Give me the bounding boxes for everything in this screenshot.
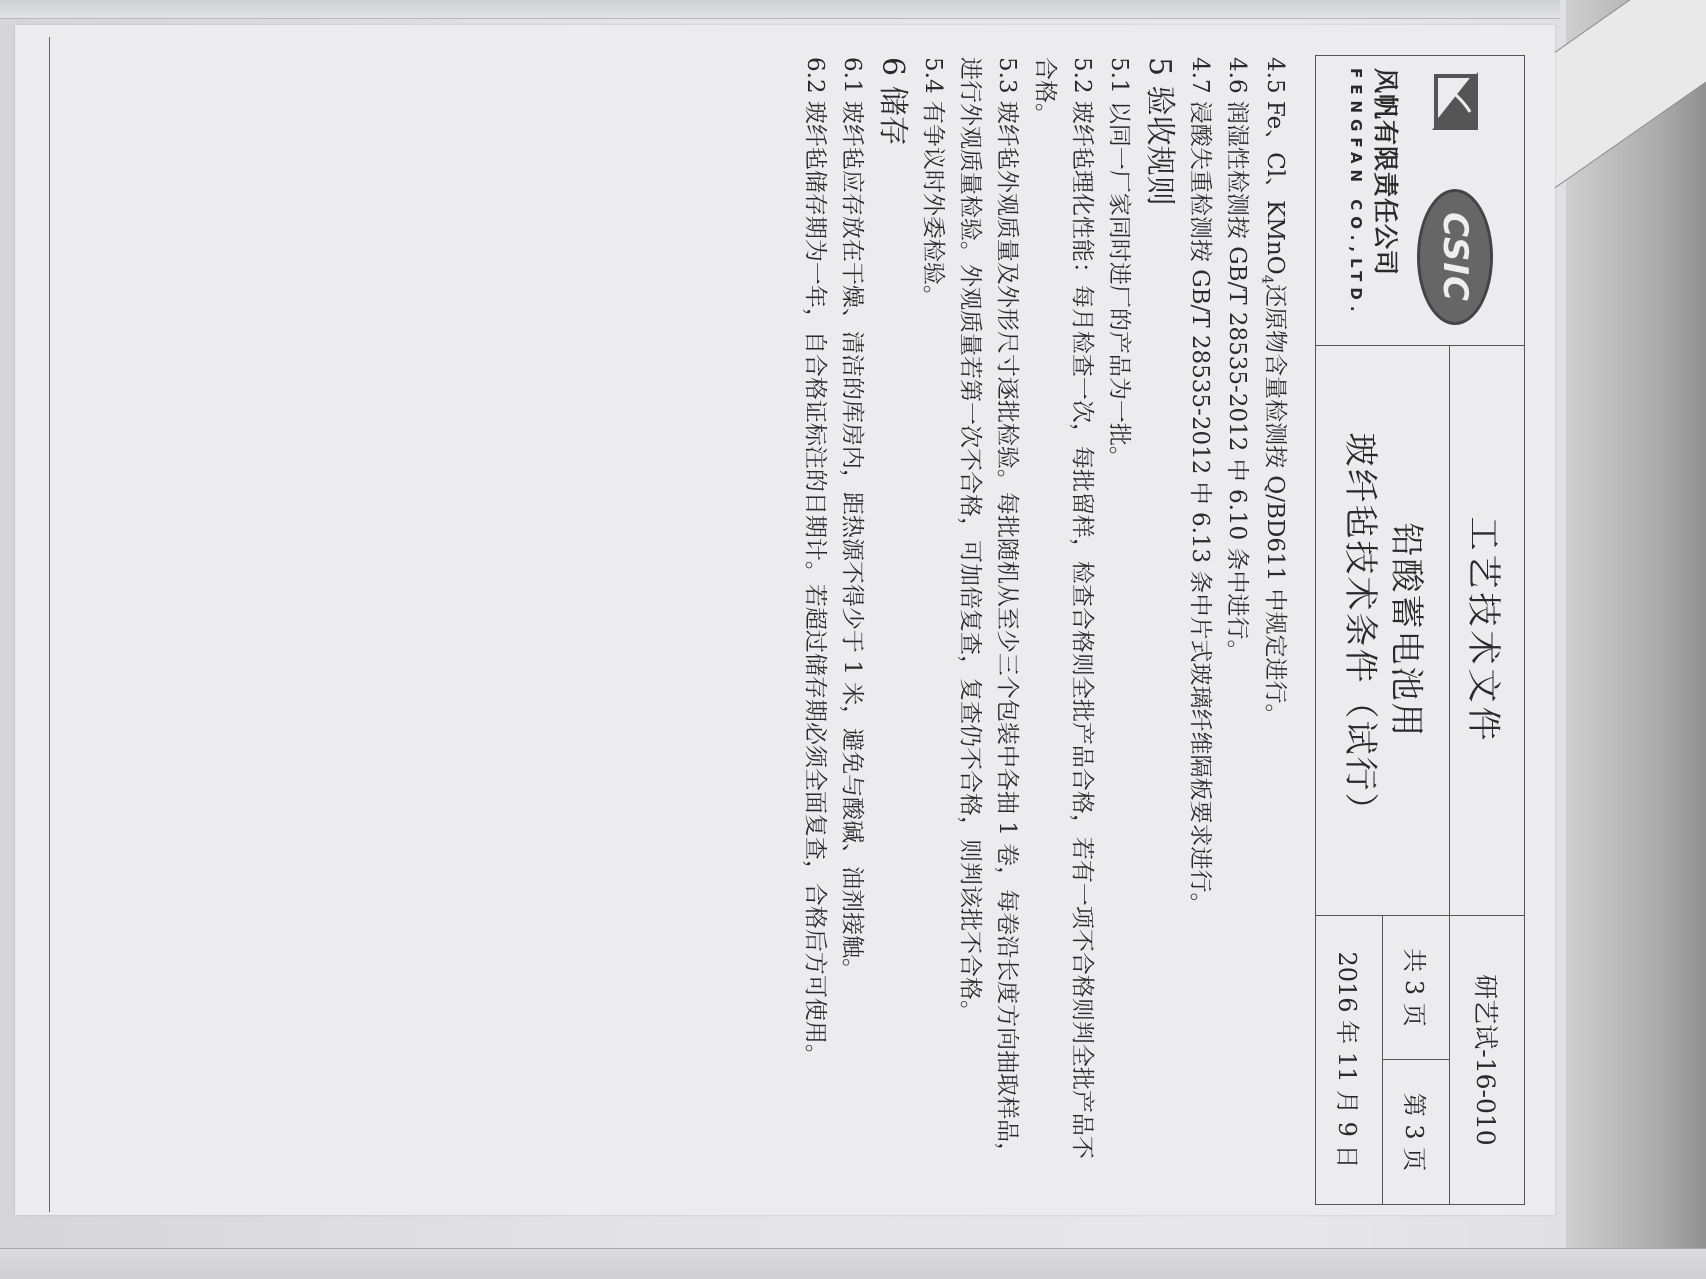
logo-row: CSIC [1417, 66, 1493, 335]
company-logo-cell: CSIC 风帆有限责任公司 FENGFAN CO.,LTD. [1316, 56, 1524, 346]
clause-5-4: 5.4 有争议时外委检验。 [914, 57, 951, 1177]
company-name-cn: 风帆有限责任公司 [1369, 64, 1405, 337]
title-line-2: 玻纤毡技术条件（试行） [1337, 433, 1383, 829]
document-body: 4.5 Fe、Cl、KMnO4还原物含量检测按 Q/BD611 中规定进行。 4… [796, 57, 1293, 1177]
header-table: CSIC 风帆有限责任公司 FENGFAN CO.,LTD. 工艺技术文件 研艺… [1315, 55, 1525, 1205]
page-number: 第 3 页 [1383, 1060, 1450, 1204]
underlying-paper [1566, 0, 1706, 1279]
total-pages: 共 3 页 [1383, 916, 1450, 1060]
page-border-line [49, 37, 50, 1212]
clause-5-1: 5.1 以同一厂家同时进厂的产品为一批。 [1100, 57, 1137, 1177]
page-top-edge [0, 0, 1560, 19]
clause-5-3: 5.3 玻纤毡外观质量及外形尺寸逐批检验。每批随机从至少三个包装中各抽 1 卷，… [951, 57, 1026, 1177]
clause-5-2: 5.2 玻纤毡理化性能：每月检查一次，每批留样，检查合格则全批产品合格，若有一项… [1025, 57, 1100, 1177]
issue-date: 2016 年 11 月 9 日 [1316, 916, 1383, 1204]
csic-logo-icon: CSIC [1417, 189, 1493, 325]
clause-6-1: 6.1 玻纤毡应存放在干燥、清洁的库房内，距热源不得少于 1 米，避免与酸碱、油… [833, 57, 870, 1177]
section-5-heading: 5 验收规则 [1137, 57, 1181, 1177]
fengfan-sail-icon [1425, 66, 1485, 136]
page-meta: 共 3 页 第 3 页 2016 年 11 月 9 日 [1316, 916, 1449, 1204]
clause-6-2: 6.2 玻纤毡储存期为一年，自合格证标注的日期计。若超过储存期必须全面复查，合格… [796, 57, 833, 1177]
clause-4-6: 4.6 润湿性检测按 GB/T 28535-2012 中 6.10 条中进行。 [1218, 57, 1255, 1177]
page-bottom-edge [0, 1248, 1706, 1279]
document-type: 工艺技术文件 [1449, 346, 1524, 916]
title-line-1: 铅酸蓄电池用 [1383, 523, 1429, 739]
document-page: CSIC 风帆有限责任公司 FENGFAN CO.,LTD. 工艺技术文件 研艺… [15, 25, 1555, 1215]
document-code: 研艺试-16-010 [1449, 916, 1524, 1204]
document-title: 铅酸蓄电池用 玻纤毡技术条件（试行） [1316, 346, 1449, 916]
section-6-heading: 6 储存 [870, 57, 914, 1177]
clause-4-7: 4.7 浸酸失重检测按 GB/T 28535-2012 中 6.13 条中片式玻… [1181, 57, 1218, 1177]
company-name-en: FENGFAN CO.,LTD. [1347, 64, 1365, 337]
clause-4-5: 4.5 Fe、Cl、KMnO4还原物含量检测按 Q/BD611 中规定进行。 [1255, 57, 1293, 1177]
